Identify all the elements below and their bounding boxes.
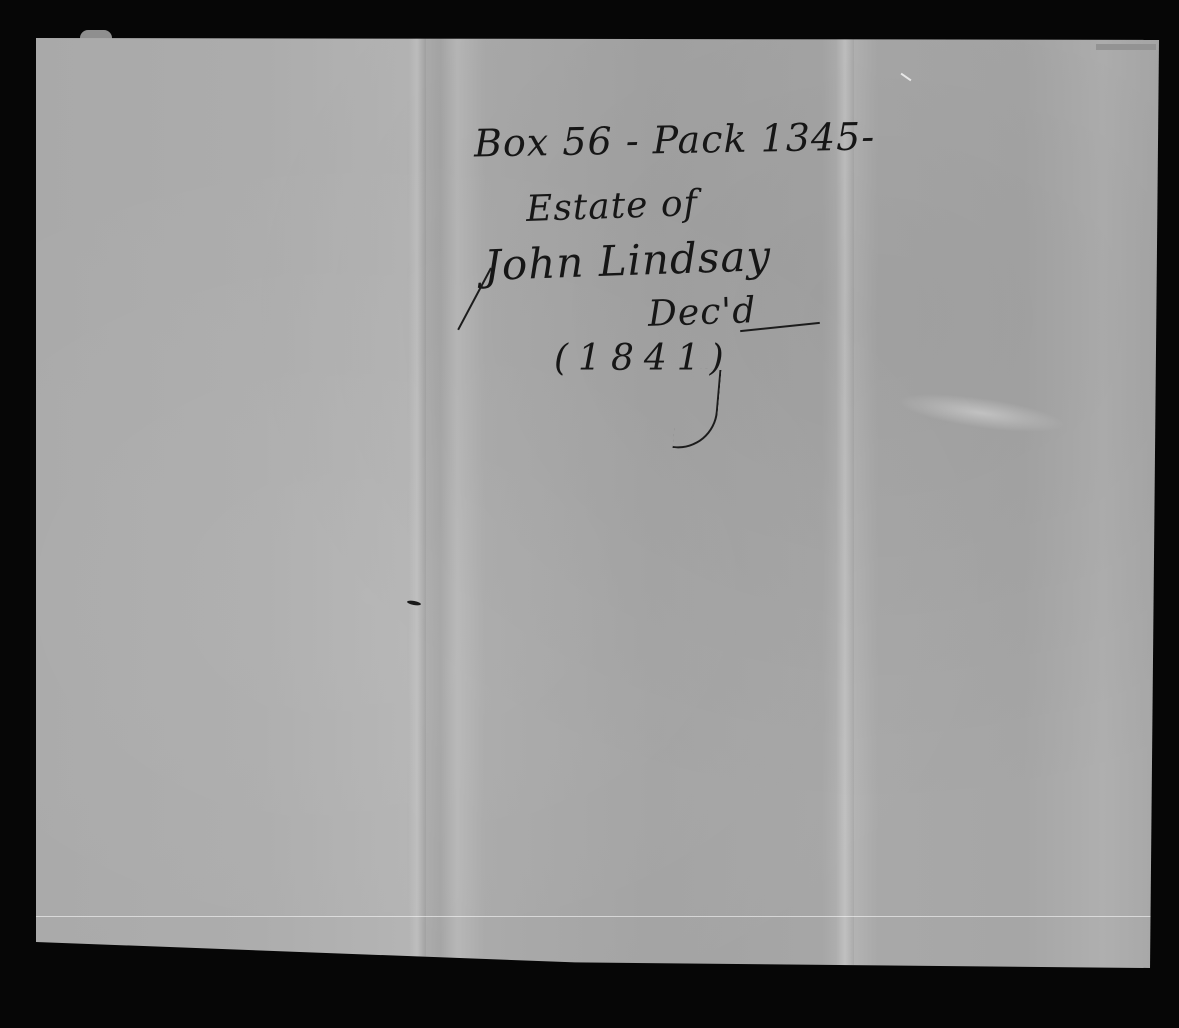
decedent-name: John Lindsay	[483, 231, 772, 290]
scanned-document-page: Box 56 - Pack 1345- Estate of John Linds…	[0, 0, 1179, 1028]
paper-sheet: Box 56 - Pack 1345- Estate of John Linds…	[36, 38, 1159, 968]
pen-stroke	[457, 268, 492, 331]
deceased-label: Dec'd	[647, 290, 757, 335]
estate-of-label: Estate of	[525, 183, 698, 230]
pen-arc	[673, 366, 722, 451]
paper-smudge	[895, 386, 1068, 439]
horizontal-crease	[36, 916, 1159, 917]
paper-tab-right	[1096, 44, 1156, 50]
paper-scratch	[901, 73, 912, 82]
fold-crease-right	[836, 38, 854, 968]
fold-crease-left	[408, 38, 426, 968]
box-pack-label: Box 56 - Pack 1345-	[474, 115, 876, 166]
